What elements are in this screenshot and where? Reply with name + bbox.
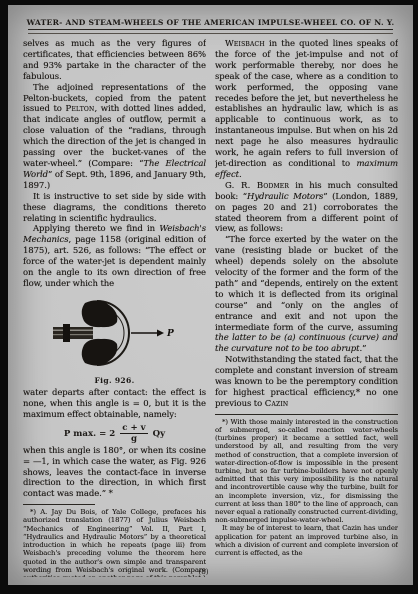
text-run: Applying thereto we find in — [33, 224, 159, 234]
jet-shaft-flange — [63, 324, 70, 342]
paragraph: selves as much as the very figures of ce… — [23, 39, 206, 83]
text-run-smallcaps: Cazin — [265, 399, 289, 409]
text-run: Notwithstanding the stated fact, that th… — [215, 355, 398, 409]
paragraph: Applying thereto we find in Weisbach's M… — [23, 224, 206, 289]
paragraph: “The force exerted by the water on the v… — [215, 235, 398, 355]
left-column: selves as much as the very figures of ce… — [23, 39, 206, 577]
footnote: *) With those mainly interested in the c… — [215, 418, 398, 525]
pelton-bucket-drawing: P — [51, 295, 179, 371]
text-run: . — [239, 170, 242, 180]
text-run: ” of Sept. 9th, 1896, and January 9th, 1… — [23, 170, 206, 191]
footnote-rule — [23, 504, 95, 505]
figure-caption: Fig. 926. — [23, 376, 206, 385]
paragraph: when this angle is 180°, or when its cos… — [23, 446, 206, 501]
jet-shaft-highlight — [53, 329, 93, 331]
paragraph: Notwithstanding the stated fact, that th… — [215, 355, 398, 410]
footnote: It may be of interest to learn, that Caz… — [215, 524, 398, 557]
right-column: Weisbach in the quoted lines speaks of t… — [215, 39, 398, 577]
paragraph: G. R. Bodmer in his much consulted book:… — [215, 181, 398, 236]
jet-shaft — [53, 327, 93, 339]
formula-rhs: Qy — [153, 429, 165, 439]
text-run: ” — [362, 344, 366, 354]
page-number: (8) — [8, 567, 399, 576]
text-run-smallcaps: Pelton — [66, 104, 95, 114]
formula-numerator: c + v — [120, 424, 147, 435]
text-run-italic: the latter to be (a) continuous (curve) … — [215, 333, 398, 354]
paragraph: The adjoined representations of the Pelt… — [23, 83, 206, 192]
formula: P max. = 2 c + vg Qy — [23, 424, 206, 444]
header-rule — [28, 29, 393, 34]
paper: WATER- AND STEAM-WHEELS OF THE AMERICAN … — [8, 5, 413, 585]
page-header: WATER- AND STEAM-WHEELS OF THE AMERICAN … — [22, 18, 399, 27]
formula-fraction: c + vg — [120, 424, 147, 444]
formula-lhs: P max. = 2 — [64, 429, 115, 439]
text-run: in the quoted lines speaks of the force … — [215, 39, 398, 169]
text-run: “The force exerted by the water on the v… — [215, 235, 398, 332]
scanned-page: WATER- AND STEAM-WHEELS OF THE AMERICAN … — [0, 0, 418, 594]
force-arrow-head — [157, 329, 164, 336]
formula-denominator: g — [131, 434, 137, 444]
paragraph: water departs after contact: the effect … — [23, 388, 206, 421]
force-arrow-label: P — [166, 329, 174, 339]
footnote-rule — [215, 414, 398, 415]
paragraph: It is instructive to set side by side wi… — [23, 192, 206, 225]
text-run-smallcaps: G. R. Bodmer — [225, 181, 289, 191]
two-column-body: selves as much as the very figures of ce… — [23, 39, 400, 577]
text-run-italic: Hydraulic Motors — [247, 192, 323, 202]
paragraph: Weisbach in the quoted lines speaks of t… — [215, 39, 398, 181]
text-run-smallcaps: Weisbach — [225, 39, 265, 49]
pelton-bucket-figure: P Fig. 926. — [23, 295, 206, 385]
jet-shaft-highlight — [53, 334, 93, 335]
